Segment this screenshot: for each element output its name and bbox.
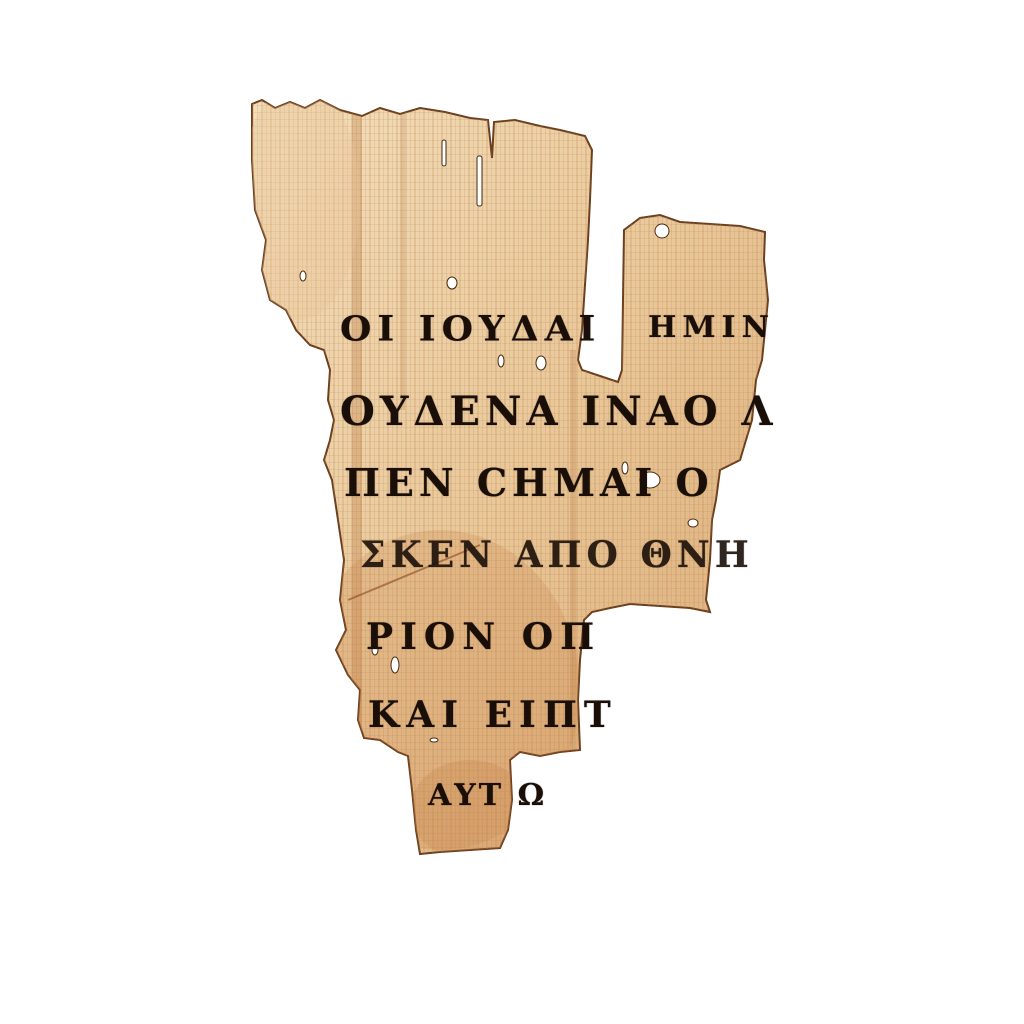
line-1-right-text: ΗΜΙΝ [648, 310, 775, 345]
ink-line-1: ΟΙ ΙΟΥΔΑΙ [340, 309, 601, 349]
line-7-text: ΑΥΤ Ω [428, 778, 547, 813]
line-6-text: ΚΑΙ ΕΙΠΤ [368, 694, 618, 736]
papyrus-photo: ΟΙ ΙΟΥΔΑΙ ΗΜΙΝ ΟΥΔΕΝΑ ΙΝΑΟ Λ ΠΕΝ CΗΜΑΙ Ο… [0, 0, 1024, 1024]
line-2-text: ΟΥΔΕΝΑ ΙΝΑΟ Λ [340, 388, 778, 435]
line-3-text: ΠΕΝ CΗΜΑΙ Ο [344, 460, 714, 505]
ink-line-5: ΡΙΟΝ ΟΠ [366, 616, 601, 658]
ink-line-1-right: ΗΜΙΝ [648, 310, 775, 345]
ink-line-7: ΑΥΤ Ω [428, 778, 547, 813]
ink-line-3: ΠΕΝ CΗΜΑΙ Ο [344, 460, 714, 505]
ink-line-2: ΟΥΔΕΝΑ ΙΝΑΟ Λ [340, 388, 778, 435]
papyrus-fragment [0, 0, 1024, 1024]
ink-line-4: ΣΚΕΝ ΑΠΟ ΘΝΗ [360, 534, 754, 576]
line-4-text: ΣΚΕΝ ΑΠΟ ΘΝΗ [360, 534, 754, 576]
ink-line-6: ΚΑΙ ΕΙΠΤ [368, 694, 618, 736]
line-1-text: ΟΙ ΙΟΥΔΑΙ [340, 309, 601, 349]
line-5-text: ΡΙΟΝ ΟΠ [366, 616, 601, 658]
